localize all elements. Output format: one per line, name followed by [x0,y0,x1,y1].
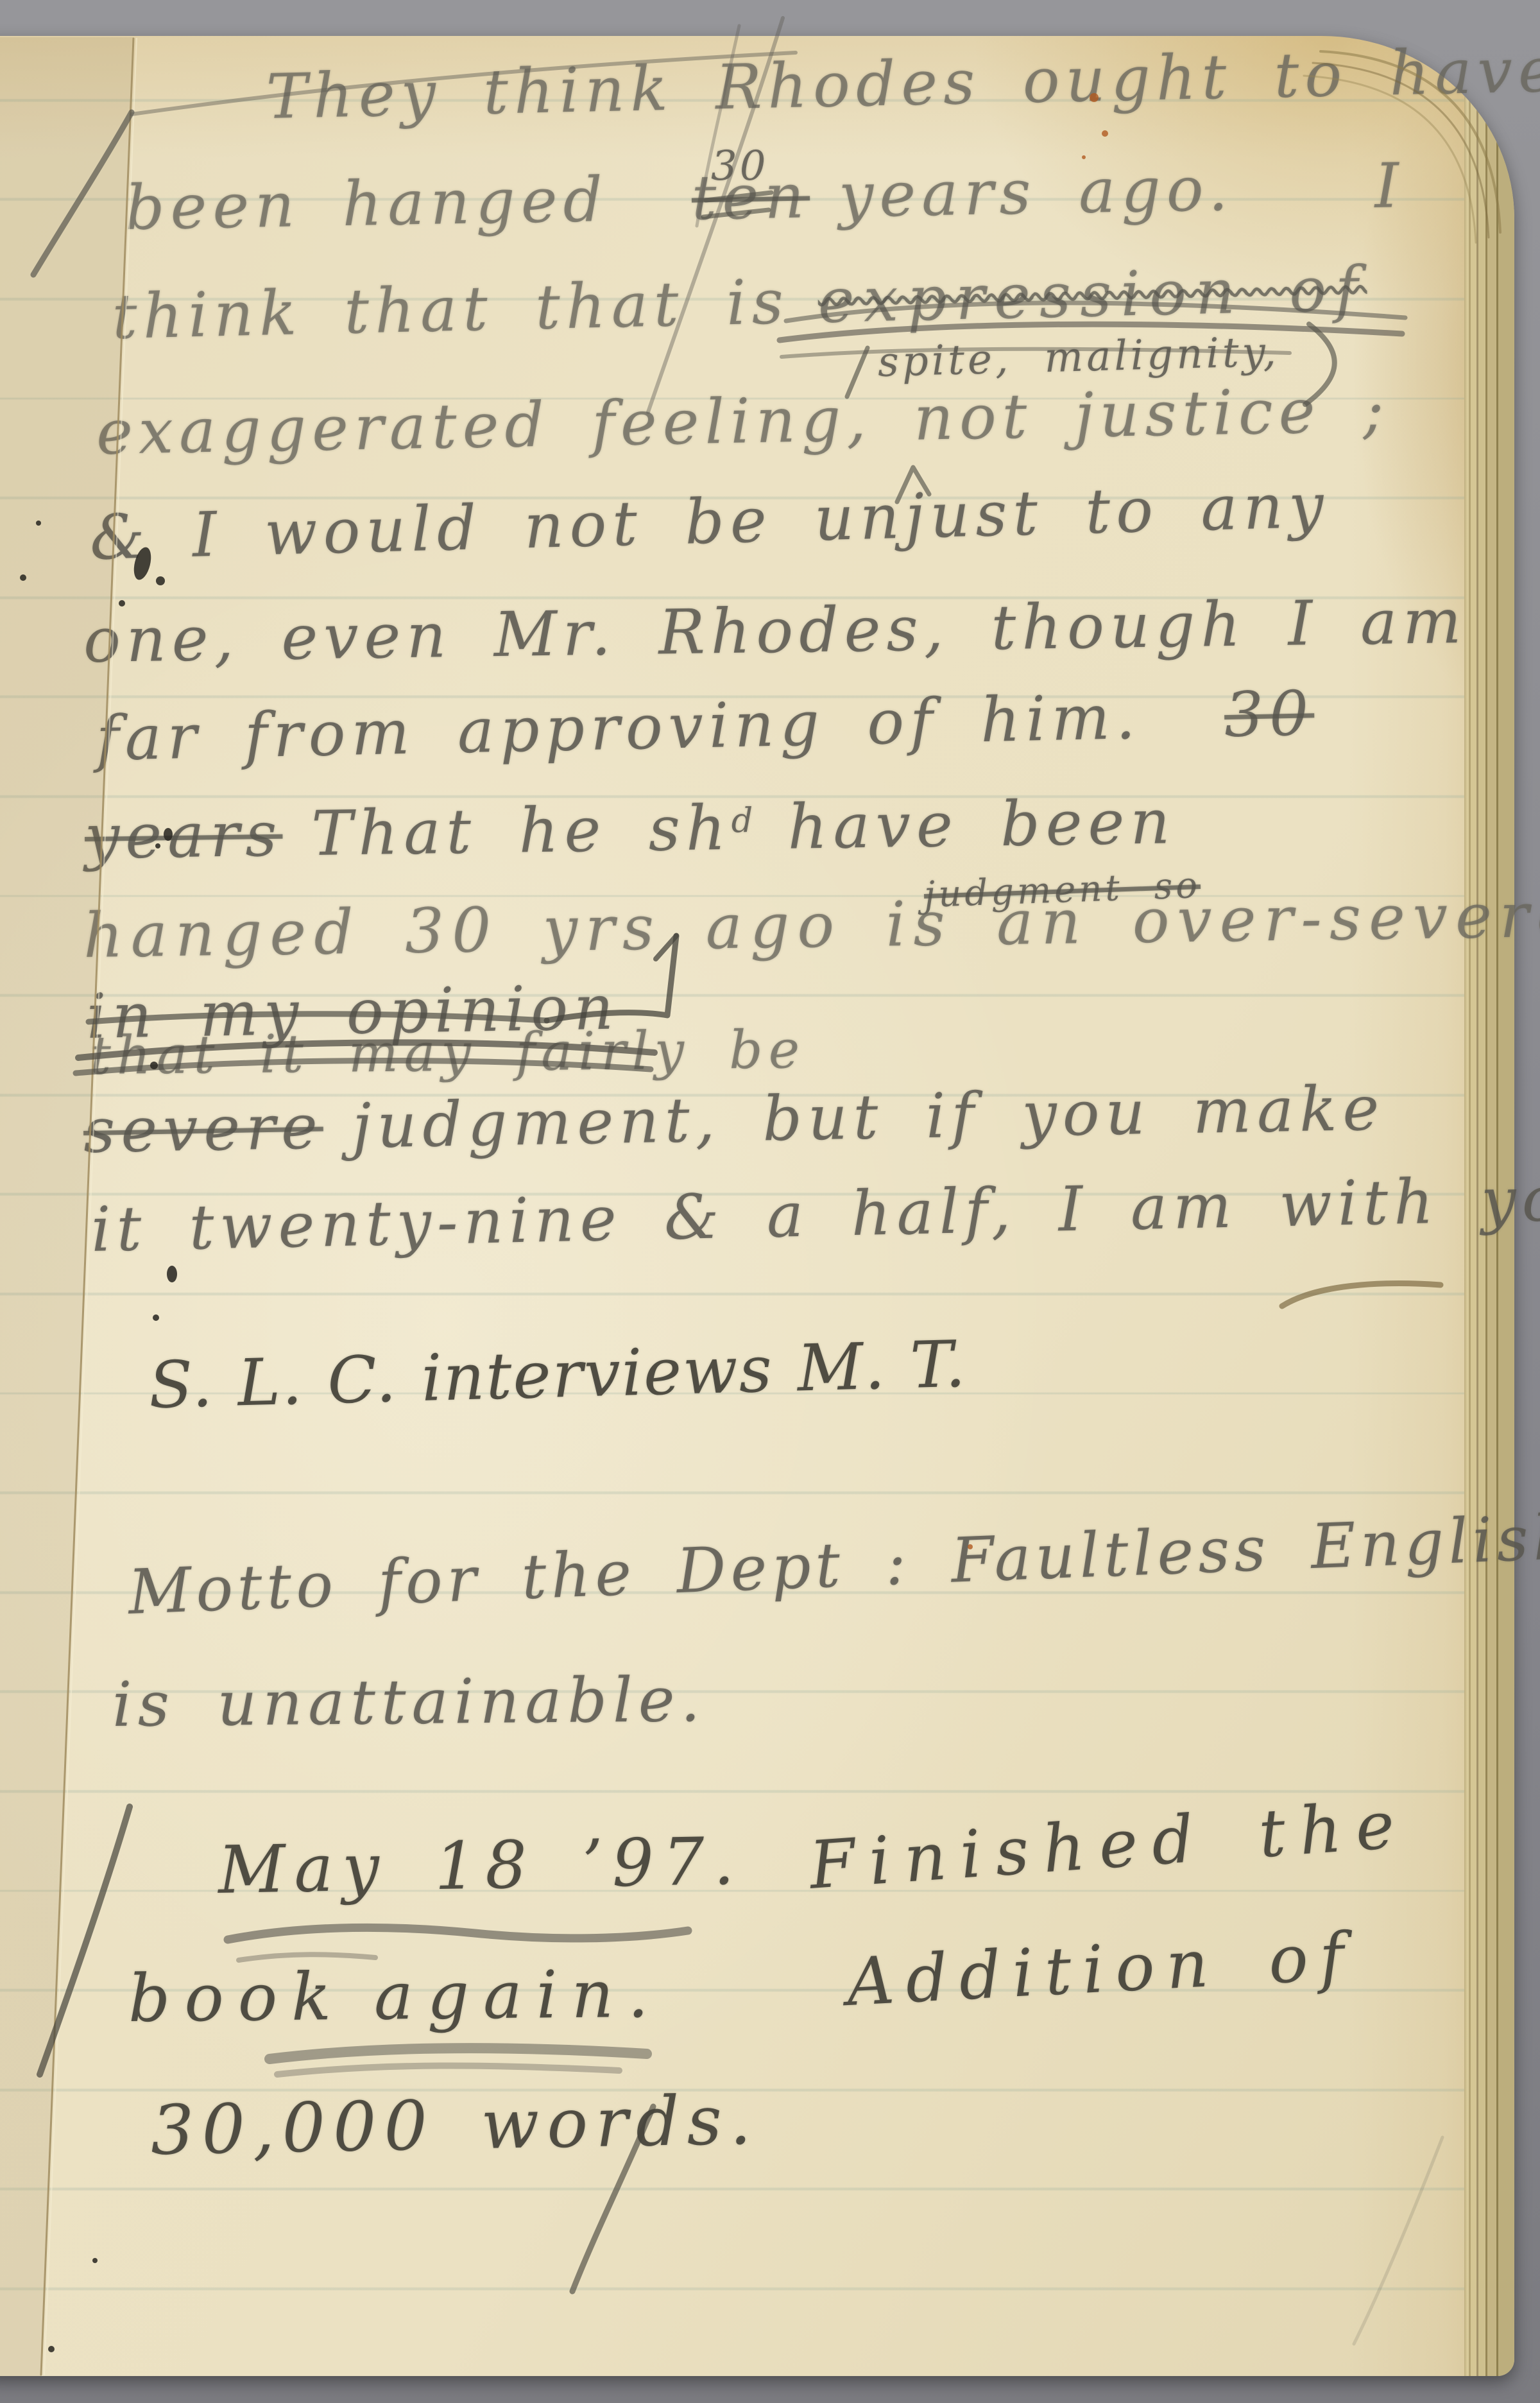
ms-line-6-text: one, even Mr. Rhodes, though I am [83,585,1467,676]
entry-words-text: 30,000 words. [150,2080,760,2170]
ms-line-1-text: They think Rhodes ought to have [266,34,1540,133]
underline-date-1 [228,1927,688,1940]
underline-again-1 [269,2048,647,2059]
ms-line-9-text: hanged 30 yrs ago is an over-severe [83,879,1540,972]
entry-word-count: 30,000 words. [150,2080,760,2170]
faint-scratch [1354,2137,1442,2344]
handwriting-layer: They think Rhodes ought to have been han… [0,0,1540,2403]
ms-line-13: it twenty-nine & a half, I am with you. [90,1162,1540,1266]
heading-text: S. L. C. interviews M. T. [148,1327,967,1423]
entry-addition-text: Addition of [845,1918,1357,2021]
motto-line-1: Motto for the Dept : Faultless English [127,1501,1540,1628]
entry-period: . [628,1956,663,2033]
entry-finished-text: Finished the [807,1786,1411,1904]
use-mark-slash-may [40,1807,130,2074]
ms-line-8-sup-d: d [731,801,759,841]
use-mark-slash-top [33,112,132,275]
entry-addition-of: Addition of [845,1918,1357,2021]
ms-line-3-text: think that that is [112,266,790,353]
ms-line-5-text: & I would not be unjust to any [89,469,1330,574]
underline-again-2 [277,2065,619,2074]
ms-line-1: They think Rhodes ought to have [266,34,1540,133]
ms-line-8: yearsThat he shdhave been [84,786,1176,873]
ms-line-4: exaggerated feeling, not justice ; [96,374,1390,469]
paragraph-end-dash [1282,1284,1441,1306]
ms-line-7-struck-30: 30 [1224,677,1315,751]
ms-line-6: one, even Mr. Rhodes, though I am [83,585,1467,676]
motto-line-2-text: is unattainable. [112,1664,706,1741]
entry-finished-the: Finished the [807,1786,1411,1904]
ms-line-2-years-ago: years ago. [838,153,1234,232]
ms-line-4-text: exaggerated feeling, not justice ; [96,374,1390,469]
ms-line-8-have-been: have been [787,786,1176,863]
motto-line-1-text: Motto for the Dept : Faultless English [127,1501,1540,1628]
insertion-30: 30 [711,142,768,190]
ms-line-2-text: been hanged [124,164,609,244]
entry-again-text: again [373,1956,628,2035]
entry-date-text: May 18 ’97. [218,1823,744,1909]
heading-slc-interviews-mt: S. L. C. interviews M. T. [148,1327,967,1423]
ms-line-13-text: it twenty-nine & a half, I am with you. [90,1162,1540,1266]
entry-book-again: bookagain. [128,1956,663,2037]
ms-line-8-struck-years: years [84,798,283,873]
motto-line-2: is unattainable. [112,1664,706,1741]
insertion-30-text: 30 [711,142,768,190]
ms-line-11-fairly: that it may fairly be [90,1019,806,1087]
notebook-photo: They think Rhodes ought to have been han… [0,0,1540,2403]
ms-line-5: & I would not be unjust to any [89,469,1330,574]
ms-line-3-struck-expression: expression of [817,253,1368,337]
ms-line-12-struck-severe: severe [83,1090,324,1167]
ms-line-2-I: I [1374,150,1405,222]
entry-date: May 18 ’97. [218,1823,744,1909]
ms-line-11-text: that it may fairly be [90,1019,806,1087]
ms-line-12: severejudgment, but if you make [83,1072,1385,1167]
ms-line-9: hanged 30 yrs ago is an over-severe [83,879,1540,972]
ink-specks [20,521,177,2352]
ms-line-12-text: judgment, but if you make [352,1072,1385,1162]
ms-line-7: far from approving of him.30 [96,677,1315,775]
ms-line-8-that-he: That he sh [311,792,732,870]
ms-line-7-text: far from approving of him. [96,681,1142,775]
entry-book-text: book [128,1959,345,2037]
